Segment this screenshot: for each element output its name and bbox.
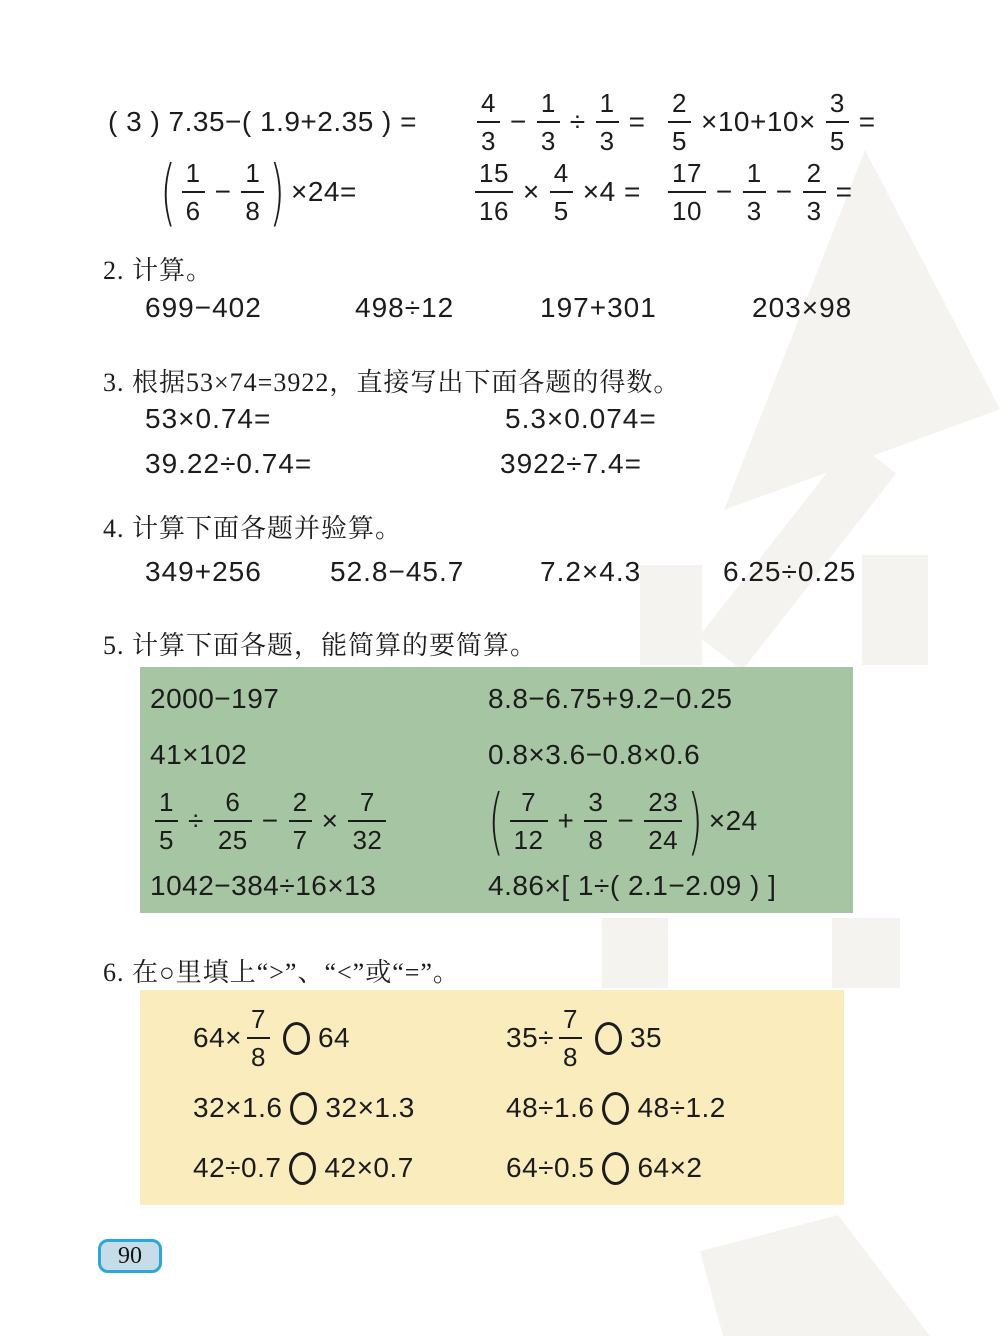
answer-circle (290, 1092, 317, 1125)
math-text: − (215, 176, 232, 208)
answer-circle (602, 1092, 629, 1125)
problem5-heading: 5. 计算下面各题，能简算的要简算。 (103, 625, 537, 662)
green-box-item: 2000−197 (150, 673, 279, 725)
math-text: − (776, 176, 793, 208)
math-text: 32×1.6 (193, 1092, 282, 1124)
green-practice-box: 2000−197 8.8−6.75+9.2−0.25 41×102 0.8×3.… (140, 667, 853, 913)
math-text: ×4 = (583, 176, 641, 208)
fraction: 732 (348, 789, 386, 853)
expression-2-5-times-10: 25×10+10×35= (663, 89, 881, 155)
math-text: ÷ (570, 106, 586, 138)
math-text: 35÷ (506, 1022, 554, 1054)
math-text: 4.86×[ 1÷( 2.1−2.09 ) ] (488, 870, 776, 902)
green-box-item: 0.8×3.6−0.8×0.6 (488, 729, 700, 781)
math-text: + (558, 805, 575, 837)
fraction: 45 (550, 160, 573, 224)
problem4-item: 6.25÷0.25 (723, 556, 856, 588)
green-box-item: 15÷625−27×732 (150, 781, 391, 861)
problem2-item: 699−402 (145, 292, 262, 324)
fraction: 15 (155, 789, 178, 853)
fraction: 38 (584, 789, 607, 853)
math-text: ×10+10× (701, 106, 816, 138)
problem3-item: 5.3×0.074= (505, 403, 657, 435)
green-box-item: (712+38−2324)×24 (488, 781, 763, 861)
problem2-heading: 2. 计算。 (103, 250, 213, 287)
math-text: 8.8−6.75+9.2−0.25 (488, 683, 732, 715)
problem4-item: 349+256 (145, 556, 262, 588)
page-number: 90 (118, 1243, 142, 1270)
problem4-heading: 4. 计算下面各题并验算。 (103, 508, 402, 545)
math-text: ( 3 ) 7.35−( 1.9+2.35 ) = (108, 106, 417, 138)
answer-circle (595, 1022, 622, 1055)
math-text: = (629, 106, 646, 138)
watermark-shape (862, 555, 928, 665)
fraction: 625 (214, 789, 252, 853)
math-text: 48÷1.2 (637, 1092, 725, 1124)
expression-paren-1-6-minus-1-8: (16−18)×24= (160, 159, 362, 225)
fraction: 13 (596, 90, 619, 154)
math-text: 0.8×3.6−0.8×0.6 (488, 739, 700, 771)
math-text: 1042−384÷16×13 (150, 870, 376, 902)
fraction: 1710 (668, 160, 706, 224)
watermark-shape (640, 565, 702, 665)
expression-fraction-4-3-minus-div: 43−13÷13= (472, 89, 651, 155)
math-text: 41×102 (150, 739, 247, 771)
problem3-item: 53×0.74= (145, 403, 271, 435)
problem3-item: 3922÷7.4= (500, 448, 642, 480)
problem4-item: 7.2×4.3 (540, 556, 641, 588)
watermark-shape (602, 918, 668, 988)
math-text: × (322, 805, 339, 837)
fraction: 78 (247, 1006, 270, 1070)
math-text: 32×1.3 (325, 1092, 414, 1124)
fraction: 35 (826, 90, 849, 154)
math-text: ÷ (188, 805, 204, 837)
fraction: 712 (510, 789, 548, 853)
math-text: = (836, 176, 853, 208)
answer-circle (283, 1022, 310, 1055)
problem2-item: 498÷12 (355, 292, 454, 324)
textbook-page: ( 3 ) 7.35−( 1.9+2.35 ) = 43−13÷13= 25×1… (0, 0, 1000, 1336)
math-text: − (262, 805, 279, 837)
problem6-heading: 6. 在○里填上“>”、“<”或“=”。 (103, 952, 460, 989)
fraction: 16 (182, 160, 205, 224)
fraction: 43 (477, 90, 500, 154)
yellow-box-item: 64×7864 (193, 1000, 350, 1076)
fraction: 2324 (644, 789, 682, 853)
problem2-item: 197+301 (540, 292, 657, 324)
yellow-box-item: 64÷0.564×2 (506, 1142, 703, 1194)
page-number-badge: 90 (98, 1239, 162, 1273)
expression-7.35-minus-sum: ( 3 ) 7.35−( 1.9+2.35 ) = (108, 89, 417, 155)
math-text: 42÷0.7 (193, 1152, 281, 1184)
fraction: 27 (289, 789, 312, 853)
expression-17-10-minus: 1710−13−23= (663, 159, 857, 225)
yellow-box-item: 48÷1.648÷1.2 (506, 1082, 726, 1134)
green-box-item: 8.8−6.75+9.2−0.25 (488, 673, 732, 725)
fraction: 1516 (475, 160, 513, 224)
watermark-shape (700, 1215, 930, 1336)
fraction: 13 (743, 160, 766, 224)
fraction: 23 (803, 160, 826, 224)
math-text: ×24= (291, 176, 357, 208)
math-text: 64× (193, 1022, 242, 1054)
yellow-box-item: 32×1.632×1.3 (193, 1082, 415, 1134)
math-text: ×24 (709, 805, 758, 837)
problem3-heading: 3. 根据53×74=3922，直接写出下面各题的得数。 (103, 362, 680, 399)
math-text: 48÷1.6 (506, 1092, 594, 1124)
yellow-box-item: 42÷0.742×0.7 (193, 1142, 414, 1194)
fraction: 25 (668, 90, 691, 154)
problem4-item: 52.8−45.7 (330, 556, 464, 588)
expression-15-16-times-4-5: 1516×45×4 = (470, 159, 646, 225)
green-box-item: 1042−384÷16×13 (150, 861, 376, 911)
math-text: 35 (630, 1022, 662, 1054)
answer-circle (289, 1152, 316, 1185)
green-box-item: 4.86×[ 1÷( 2.1−2.09 ) ] (488, 861, 776, 911)
math-text: − (510, 106, 527, 138)
green-box-item: 41×102 (150, 729, 247, 781)
math-text: − (716, 176, 733, 208)
math-text: 64÷0.5 (506, 1152, 594, 1184)
answer-circle (602, 1152, 629, 1185)
problem3-item: 39.22÷0.74= (145, 448, 312, 480)
math-text: 42×0.7 (324, 1152, 413, 1184)
problem2-item: 203×98 (752, 292, 852, 324)
fraction: 13 (537, 90, 560, 154)
math-text: − (617, 805, 634, 837)
fraction: 18 (241, 160, 264, 224)
fraction: 78 (559, 1006, 582, 1070)
math-text: 2000−197 (150, 683, 279, 715)
math-text: 64 (318, 1022, 350, 1054)
yellow-box-item: 35÷7835 (506, 1000, 662, 1076)
watermark-shape (832, 918, 900, 988)
math-text: 64×2 (637, 1152, 702, 1184)
math-text: × (523, 176, 540, 208)
math-text: = (859, 106, 876, 138)
yellow-practice-box: 64×7864 35÷7835 32×1.632×1.3 48÷1.648÷1.… (140, 990, 844, 1205)
